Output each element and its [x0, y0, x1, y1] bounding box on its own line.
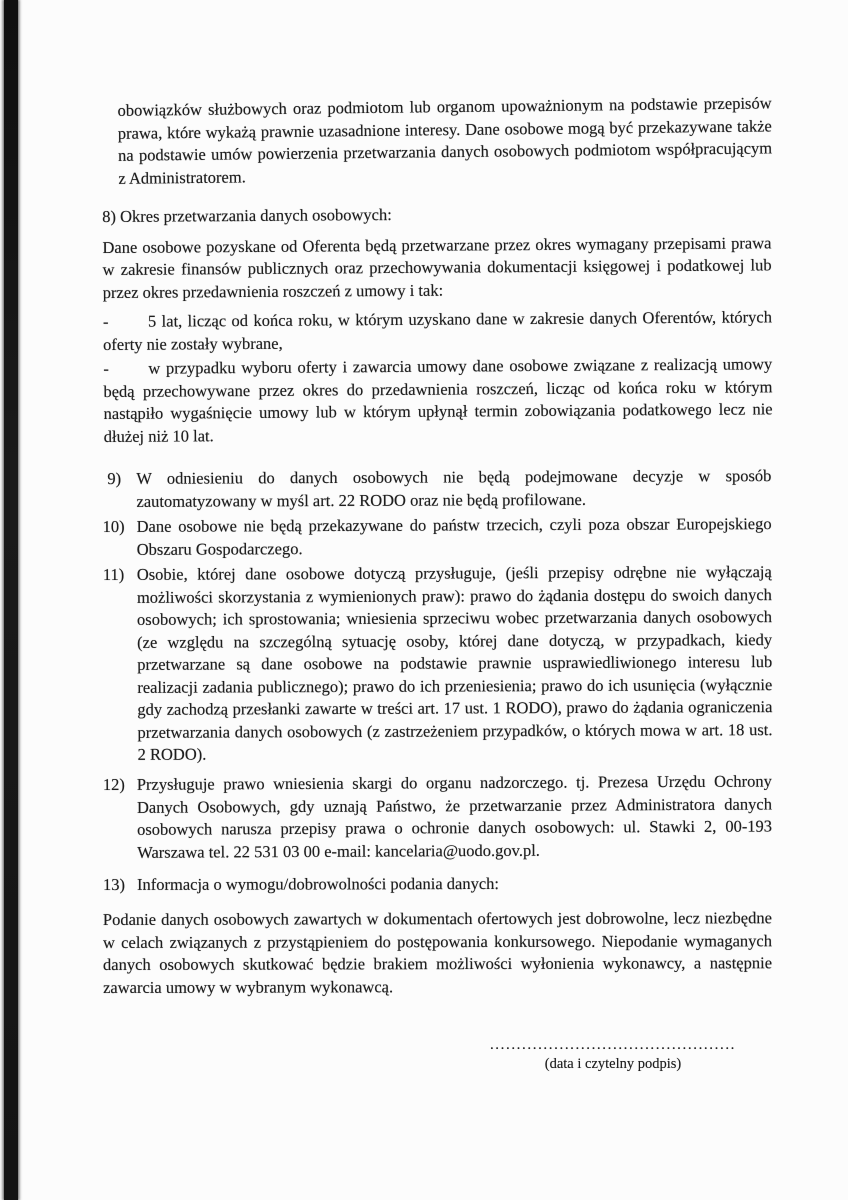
- item-number: 11): [103, 564, 124, 587]
- document-body: obowiązków służbowych oraz podmiotom lub…: [103, 100, 772, 999]
- dash-bullet: -: [103, 358, 148, 381]
- list-item-text: Osobie, której dane osobowe dotyczą przy…: [137, 562, 773, 764]
- signature-caption: (data i czytelny podpis): [468, 1055, 758, 1073]
- list-item: 13) Informacja o wymogu/dobrowolności po…: [103, 872, 772, 896]
- list-item-text: Informacja o wymogu/dobrowolności podani…: [137, 873, 499, 893]
- scan-edge-artifact: [4, 0, 18, 1200]
- list-item: 9) W odniesieniu do danych osobowych nie…: [102, 465, 771, 513]
- scanned-document-page: obowiązków służbowych oraz podmiotom lub…: [0, 0, 848, 1200]
- list-item-text: Przysługuje prawo wniesienia skargi do o…: [137, 771, 772, 861]
- continuation-paragraph: obowiązków służbowych oraz podmiotom lub…: [102, 92, 772, 190]
- numbered-list: 9) W odniesieniu do danych osobowych nie…: [102, 465, 772, 766]
- list-item-text: 5 lat, licząc od końca roku, w którym uz…: [103, 307, 772, 353]
- list-item-text: Dane osobowe nie będą przekazywane do pa…: [137, 514, 772, 558]
- item-number: 13): [103, 873, 125, 896]
- list-item: 10) Dane osobowe nie będą przekazywane d…: [103, 513, 772, 561]
- item-number: 10): [103, 516, 125, 539]
- list-item: -w przypadku wyboru oferty i zawarcia um…: [103, 353, 773, 448]
- closing-paragraph: Podanie danych osobowych zawartych w dok…: [103, 907, 772, 999]
- item-number: 9): [107, 468, 121, 491]
- section-8-heading: 8) Okres przetwarzania danych osobowych:: [102, 201, 771, 228]
- list-item-text: W odniesieniu do danych osobowych nie bę…: [136, 466, 771, 510]
- signature-dotted-line: ........................................…: [468, 1036, 758, 1054]
- section-8: 8) Okres przetwarzania danych osobowych:…: [102, 201, 773, 448]
- list-item: 12) Przysługuje prawo wniesienia skargi …: [103, 770, 772, 864]
- dash-bullet: -: [103, 311, 148, 334]
- item-number: 12): [103, 773, 125, 796]
- list-item: -5 lat, licząc od końca roku, w którym u…: [103, 306, 772, 356]
- section-8-intro: Dane osobowe pozyskane od Oferenta będą …: [102, 232, 771, 304]
- list-item-text: w przypadku wyboru oferty i zawarcia umo…: [103, 354, 772, 445]
- signature-area: ........................................…: [468, 1036, 758, 1073]
- list-item: 11) Osobie, której dane osobowe dotyczą …: [103, 561, 773, 766]
